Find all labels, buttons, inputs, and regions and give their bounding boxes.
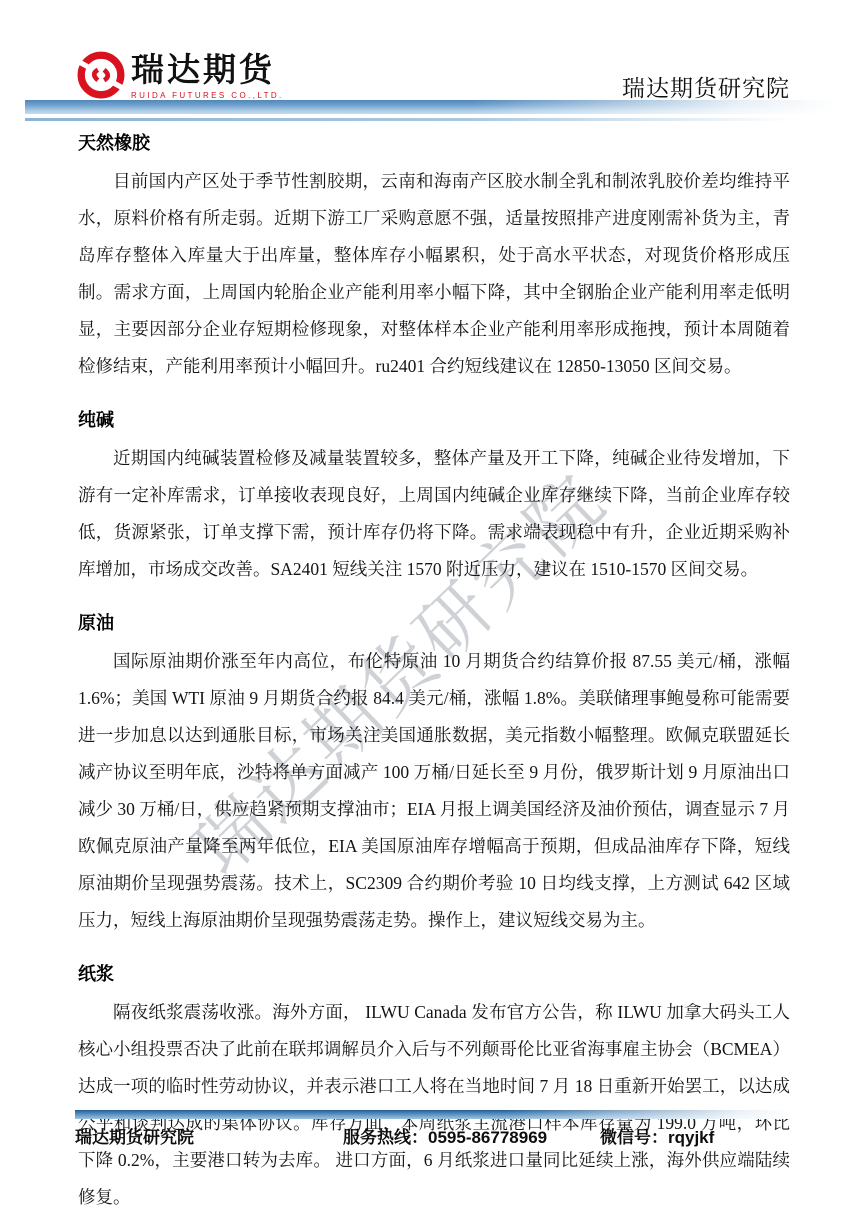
section-title: 纯碱 bbox=[78, 405, 790, 435]
logo-name-cn: 瑞达期货 bbox=[131, 50, 284, 90]
section-paragraph: 隔夜纸浆震荡收涨。海外方面， ILWU Canada 发布官方公告，称 ILWU… bbox=[78, 994, 790, 1216]
logo-text: 瑞达期货 RUIDA FUTURES CO.,LTD. bbox=[131, 50, 284, 100]
header-accent-line bbox=[25, 118, 835, 121]
section-title: 天然橡胶 bbox=[78, 128, 790, 158]
footer-gradient-bar bbox=[75, 1110, 790, 1119]
section-title: 纸浆 bbox=[78, 959, 790, 989]
section-paragraph: 国际原油期价涨至年内高位，布伦特原油 10 月期货合约结算价报 87.55 美元… bbox=[78, 643, 790, 939]
section-title: 原油 bbox=[78, 608, 790, 638]
footer-wechat: 微信号：rqyjkf bbox=[600, 1123, 714, 1148]
section-natural-rubber: 天然橡胶 目前国内产区处于季节性割胶期，云南和海南产区胶水制全乳和制浓乳胶价差均… bbox=[78, 128, 790, 385]
header-institute-title: 瑞达期货研究院 bbox=[622, 70, 790, 103]
report-body: 天然橡胶 目前国内产区处于季节性割胶期，云南和海南产区胶水制全乳和制浓乳胶价差均… bbox=[78, 128, 790, 1216]
logo-name-en: RUIDA FUTURES CO.,LTD. bbox=[131, 91, 284, 100]
footer-institute: 瑞达期货研究院 bbox=[75, 1123, 194, 1148]
report-page: 瑞达期货 RUIDA FUTURES CO.,LTD. 瑞达期货研究院 瑞达期货… bbox=[0, 0, 860, 1217]
section-soda-ash: 纯碱 近期国内纯碱装置检修及减量装置较多，整体产量及开工下降，纯碱企业待发增加，… bbox=[78, 405, 790, 588]
footer-hotline: 服务热线：0595-86778969 bbox=[343, 1123, 547, 1148]
ruida-swirl-icon bbox=[76, 50, 126, 100]
company-logo: 瑞达期货 RUIDA FUTURES CO.,LTD. bbox=[76, 50, 284, 100]
section-paragraph: 目前国内产区处于季节性割胶期，云南和海南产区胶水制全乳和制浓乳胶价差均维持平水，… bbox=[78, 163, 790, 385]
section-pulp: 纸浆 隔夜纸浆震荡收涨。海外方面， ILWU Canada 发布官方公告，称 I… bbox=[78, 959, 790, 1216]
section-paragraph: 近期国内纯碱装置检修及减量装置较多，整体产量及开工下降，纯碱企业待发增加，下游有… bbox=[78, 440, 790, 588]
section-crude-oil: 原油 国际原油期价涨至年内高位，布伦特原油 10 月期货合约结算价报 87.55… bbox=[78, 608, 790, 939]
